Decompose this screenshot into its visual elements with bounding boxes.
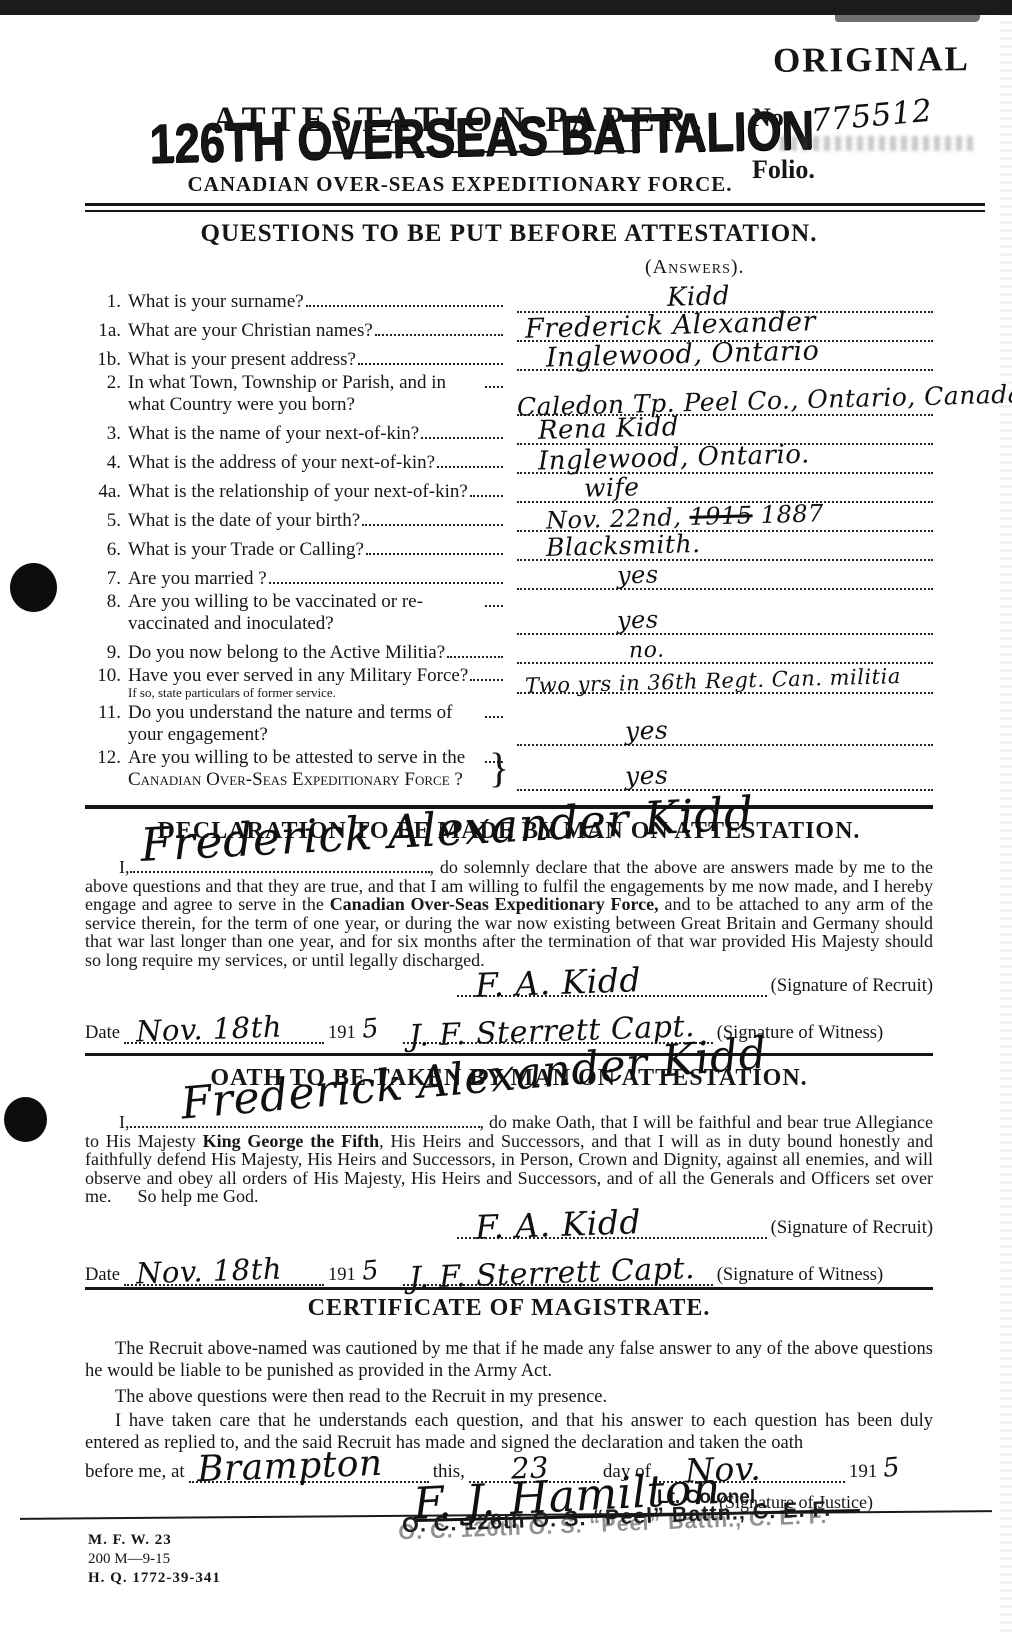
answer-line: wife bbox=[517, 476, 933, 503]
recruit-signature-handwritten: F. A. Kidd bbox=[474, 1202, 641, 1247]
answer-handwritten: Blacksmith. bbox=[546, 529, 701, 562]
answer-handwritten: Inglewood, Ontario. bbox=[537, 439, 810, 476]
oath-section: OATH TO BE TAKEN BY MAN ON ATTESTATION. … bbox=[85, 1065, 933, 1287]
attestation-paper-page: ORIGINAL ATTESTATION PAPER. 126TH OVERSE… bbox=[0, 0, 1012, 1632]
year-printed: 191 bbox=[328, 1023, 356, 1044]
question-number: 10. bbox=[85, 665, 128, 687]
dotted-leader bbox=[470, 679, 503, 681]
dotted-leader bbox=[485, 386, 503, 388]
dotted-leader bbox=[362, 524, 503, 526]
hole-punch bbox=[10, 563, 57, 612]
certificate-title: CERTIFICATE OF MAGISTRATE. bbox=[85, 1295, 933, 1322]
form-code-block: M. F. W. 23 200 M—9-15 H. Q. 1772-39-341 bbox=[88, 1531, 221, 1588]
answer-handwritten: no. bbox=[629, 638, 665, 664]
answer-handwritten: wife bbox=[583, 472, 639, 502]
year-handwritten: 5 bbox=[882, 1452, 902, 1484]
question-row-12: 12.Are you willing to be attested to ser… bbox=[85, 747, 933, 791]
recruit-signature-label: (Signature of Recruit) bbox=[771, 1218, 933, 1239]
header-rule bbox=[85, 203, 985, 212]
question-row-9: 9.Do you now belong to the Active Militi… bbox=[85, 636, 933, 664]
recruit-signature-handwritten: F. A. Kidd bbox=[474, 960, 641, 1005]
question-text: What is your surname? bbox=[128, 291, 304, 313]
dotted-leader bbox=[485, 605, 503, 607]
year-printed: 191 bbox=[849, 1461, 878, 1483]
folio-label: Folio. bbox=[752, 155, 992, 185]
questions-section: QUESTIONS TO BE PUT BEFORE ATTESTATION. … bbox=[85, 220, 933, 792]
question-row-6: 6.What is your Trade or Calling?Blacksmi… bbox=[85, 533, 933, 561]
declaration-section: DECLARATION TO BE MADE BY MAN ON ATTESTA… bbox=[85, 818, 933, 1048]
dotted-leader bbox=[485, 716, 503, 718]
dotted-leader bbox=[358, 363, 503, 365]
answer-line: yes bbox=[517, 719, 933, 746]
so-help-me-god: So help me God. bbox=[112, 1186, 259, 1206]
question-text: Do you understand the nature and terms o… bbox=[128, 702, 483, 746]
question-text: Are you willing to be attested to serve … bbox=[128, 747, 483, 791]
brace-glyph: } bbox=[489, 748, 509, 790]
question-text: What is your Trade or Calling? bbox=[128, 539, 364, 561]
year-printed: 191 bbox=[328, 1265, 356, 1286]
dotted-leader bbox=[421, 437, 503, 439]
form-code: M. F. W. 23 bbox=[88, 1531, 221, 1550]
recruit-signature-line: F. A. Kidd bbox=[457, 1217, 767, 1239]
answer-line: Two yrs in 36th Regt. Can. militia bbox=[517, 667, 933, 694]
form-code: H. Q. 1772-39-341 bbox=[88, 1569, 221, 1588]
place-line: Brampton bbox=[189, 1461, 429, 1483]
certificate-paragraph-2: The above questions were then read to th… bbox=[85, 1387, 933, 1409]
number-label: No. bbox=[752, 103, 790, 132]
year-handwritten: 5 bbox=[360, 1255, 380, 1287]
scan-top-edge bbox=[0, 0, 1012, 15]
question-text: What is the date of your birth? bbox=[128, 510, 360, 532]
question-text: Do you now belong to the Active Militia? bbox=[128, 642, 445, 664]
recruit-signature-label: (Signature of Recruit) bbox=[771, 976, 933, 997]
question-number: 4a. bbox=[85, 481, 128, 503]
answer-handwritten: Inglewood, Ontario bbox=[546, 335, 820, 373]
question-row-11: 11.Do you understand the nature and term… bbox=[85, 702, 933, 746]
question-number: 1b. bbox=[85, 349, 128, 371]
regimental-number-handwritten: 775512 bbox=[809, 93, 933, 139]
question-text: Have you ever served in any Military For… bbox=[128, 665, 468, 687]
question-row-5: 5.What is the date of your birth?Nov. 22… bbox=[85, 504, 933, 532]
question-text: Are you willing to be vaccinated or re-v… bbox=[128, 591, 483, 635]
certificate-paragraph-1: The Recruit above-named was cautioned by… bbox=[85, 1339, 933, 1382]
oath-date-witness-row: Date Nov. 18th 191 5 J. F. Sterrett Capt… bbox=[85, 1256, 933, 1286]
question-number: 7. bbox=[85, 568, 128, 590]
question-text: In what Town, Township or Parish, and in… bbox=[128, 372, 483, 416]
question-text: Are you married ? bbox=[128, 568, 267, 590]
question-number: 12. bbox=[85, 747, 128, 769]
question-number: 2. bbox=[85, 372, 128, 394]
question-number: 9. bbox=[85, 642, 128, 664]
question-text: What is the name of your next-of-kin? bbox=[128, 423, 419, 445]
answer-line: Caledon Tp. Peel Co., Ontario, Canada bbox=[517, 389, 933, 416]
question-row-7: 7.Are you married ?yes bbox=[85, 562, 933, 590]
recruit-signature-line: F. A. Kidd bbox=[457, 975, 767, 997]
question-note: If so, state particulars of former servi… bbox=[128, 685, 505, 701]
number-folio-block: No. 775512 Folio. bbox=[752, 98, 992, 185]
dotted-leader bbox=[306, 305, 503, 307]
answer-handwritten: yes bbox=[625, 715, 669, 745]
oath-recruit-signature-row: F. A. Kidd (Signature of Recruit) bbox=[85, 1217, 933, 1239]
question-number: 4. bbox=[85, 452, 128, 474]
question-row-1b: 1b.What is your present address?Inglewoo… bbox=[85, 343, 933, 371]
answer-line: Inglewood, Ontario bbox=[517, 344, 933, 371]
date-handwritten: Nov. 18th bbox=[135, 1251, 282, 1290]
answer-handwritten: yes bbox=[616, 560, 658, 589]
battalion-stamp: 126TH OVERSEAS BATTALION bbox=[149, 100, 774, 176]
question-row-4: 4.What is the address of your next-of-ki… bbox=[85, 446, 933, 474]
question-number: 1. bbox=[85, 291, 128, 313]
question-row-2: 2.In what Town, Township or Parish, and … bbox=[85, 372, 933, 416]
answer-line: Inglewood, Ontario. bbox=[517, 447, 933, 474]
date-line: Nov. 18th bbox=[124, 1022, 324, 1044]
hole-punch bbox=[4, 1097, 47, 1142]
form-header: ATTESTATION PAPER. 126TH OVERSEAS BATTAL… bbox=[140, 92, 780, 202]
form-code: 200 M—9-15 bbox=[88, 1550, 221, 1569]
declaration-date-witness-row: Date Nov. 18th 191 5 J. F. Sterrett Capt… bbox=[85, 1014, 933, 1044]
answer-line: yes bbox=[517, 563, 933, 590]
question-number: 11. bbox=[85, 702, 128, 724]
dotted-leader bbox=[375, 334, 503, 336]
year-handwritten: 5 bbox=[360, 1013, 380, 1045]
section-rule bbox=[85, 1287, 933, 1290]
place-handwritten: Brampton bbox=[196, 1443, 383, 1490]
dotted-leader bbox=[437, 466, 503, 468]
questions-title: QUESTIONS TO BE PUT BEFORE ATTESTATION. bbox=[85, 220, 933, 248]
answer-line: Nov. 22nd, 1915 1887 bbox=[517, 505, 933, 532]
dotted-leader bbox=[470, 495, 503, 497]
question-number: 1a. bbox=[85, 320, 128, 342]
answer-line: Blacksmith. bbox=[517, 534, 933, 561]
question-number: 8. bbox=[85, 591, 128, 613]
declaration-recruit-signature-row: F. A. Kidd (Signature of Recruit) bbox=[85, 975, 933, 997]
scan-noise bbox=[835, 15, 980, 22]
answers-label: (Answers). bbox=[645, 256, 933, 279]
faint-stamp-smudge bbox=[780, 136, 975, 151]
dotted-leader bbox=[447, 656, 503, 658]
question-text: What is your present address? bbox=[128, 349, 356, 371]
question-number: 3. bbox=[85, 423, 128, 445]
dotted-leader bbox=[269, 582, 503, 584]
answer-line: yes bbox=[517, 608, 933, 635]
answer-handwritten: Rena Kidd bbox=[537, 412, 679, 446]
question-row-8: 8.Are you willing to be vaccinated or re… bbox=[85, 591, 933, 635]
scan-noise bbox=[999, 0, 1012, 1632]
question-text: What are your Christian names? bbox=[128, 320, 373, 342]
declaration-text: I,, do solemnly declare that the above a… bbox=[85, 858, 933, 970]
answer-handwritten: yes bbox=[625, 760, 669, 790]
answer-line: no. bbox=[517, 637, 933, 664]
before-me-label: before me, at bbox=[85, 1461, 185, 1483]
question-text: What is the address of your next-of-kin? bbox=[128, 452, 435, 474]
original-stamp: ORIGINAL bbox=[773, 39, 970, 81]
date-handwritten: Nov. 18th bbox=[135, 1009, 282, 1048]
witness-signature-label: (Signature of Witness) bbox=[717, 1265, 883, 1286]
answer-handwritten: yes bbox=[616, 605, 658, 634]
question-number: 6. bbox=[85, 539, 128, 561]
date-label: Date bbox=[85, 1265, 120, 1286]
dotted-leader bbox=[366, 553, 503, 555]
questions-list: 1.What is your surname?Kidd1a.What are y… bbox=[85, 285, 933, 791]
form-subtitle: CANADIAN OVER-SEAS EXPEDITIONARY FORCE. bbox=[140, 172, 780, 197]
question-row-4a: 4a.What is the relationship of your next… bbox=[85, 475, 933, 503]
question-number: 5. bbox=[85, 510, 128, 532]
question-text: What is the relationship of your next-of… bbox=[128, 481, 468, 503]
date-label: Date bbox=[85, 1023, 120, 1044]
answer-handwritten: Two yrs in 36th Regt. Can. militia bbox=[525, 664, 901, 698]
date-line: Nov. 18th bbox=[124, 1264, 324, 1286]
witness-signature-line: J. F. Sterrett Capt. bbox=[403, 1264, 713, 1286]
question-row-10: 10.Have you ever served in any Military … bbox=[85, 665, 933, 701]
certificate-paragraph-3: I have taken care that he understands ea… bbox=[85, 1411, 933, 1454]
